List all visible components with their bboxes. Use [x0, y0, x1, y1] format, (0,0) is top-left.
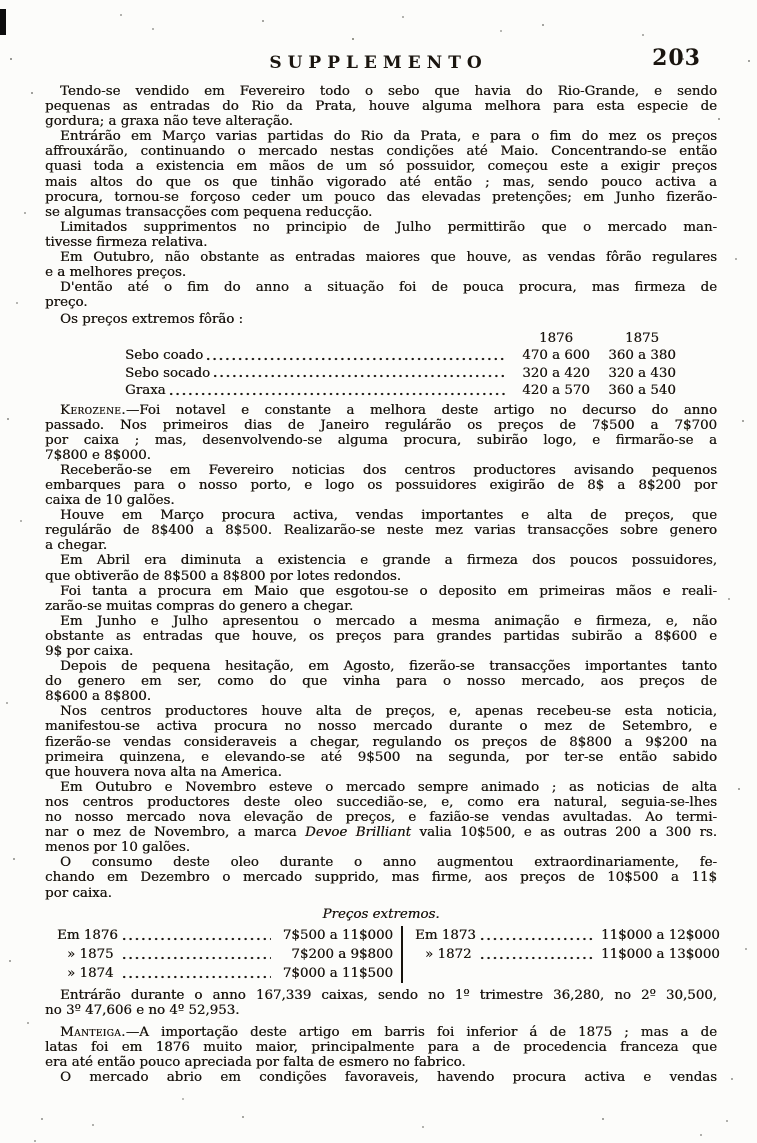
text-line: primeira quinzena, e elevando-se até 9$5…: [45, 750, 717, 765]
text-line: que obtiverão de 8$500 a 8$800 por lotes…: [45, 569, 717, 584]
paragraph: Nos centros productores houve alta de pr…: [45, 704, 717, 779]
table-row: Em 18767$500 a 11$000: [57, 926, 393, 945]
paragraph: Receberão-se em Fevereiro noticias dos c…: [45, 463, 717, 508]
year-header-row: 18761875: [125, 330, 685, 348]
column-divider-rule: [401, 926, 403, 983]
price-range-value: 420 a 570: [513, 382, 599, 400]
price-range-value: 11$000 a 12$000: [601, 926, 717, 945]
price-range-value: 7$000 a 11$500: [277, 964, 393, 983]
text-line: nos centros productores deste oleo succe…: [45, 795, 717, 810]
text-line: Entrárão em Março varias partidas do Rio…: [45, 129, 717, 144]
text-line: D'então até o fim do anno a situação foi…: [45, 280, 717, 295]
paragraph: Kerozene.—Foi notavel e constante a melh…: [45, 403, 717, 463]
text-line: regulárão de 8$400 a 8$500. Realizarão-s…: [45, 523, 717, 538]
extremos-price-table: Em 18767$500 a 11$000» 18757$200 a 9$800…: [57, 926, 717, 983]
text-line: e a melhores preços.: [45, 265, 717, 280]
text-line: chando em Dezembro o mercado supprido, m…: [45, 870, 717, 885]
italic-brand-name: Devoe Brilliant: [305, 825, 411, 840]
text-line: nar o mez de Novembro, a marca Devoe Bri…: [45, 825, 717, 840]
text-segment: nar o mez de Novembro, a marca: [45, 825, 305, 840]
scan-noise-speckles: [0, 0, 2, 2]
text-line: pequenas as entradas do Rio da Prata, ho…: [45, 99, 717, 114]
row-label: Sebo socado: [125, 365, 210, 383]
text-line: tivesse firmeza relativa.: [45, 235, 717, 250]
dot-leader: [121, 964, 271, 983]
row-label: Sebo coado: [125, 347, 203, 365]
text-line: Houve em Março procura activa, vendas im…: [45, 508, 717, 523]
dot-leader: [121, 926, 271, 945]
text-line: affrouxárão, continuando o mercado nesta…: [45, 144, 717, 159]
paragraph: O mercado abrio em condições favoraveis,…: [45, 1070, 717, 1085]
page-content: Tendo-se vendido em Fevereiro todo o seb…: [45, 84, 717, 1085]
text-line: embarques para o nosso porto, e logo os …: [45, 478, 717, 493]
price-range-value: 7$200 a 9$800: [277, 945, 393, 964]
year-label: » 1872: [415, 945, 477, 964]
text-line: Limitados supprimentos no principio de J…: [45, 220, 717, 235]
text-line: obstante as entradas que houve, os preço…: [45, 629, 717, 644]
paragraph: Em Outubro, não obstante as entradas mai…: [45, 250, 717, 280]
text-line: O consumo deste oleo durante o anno augm…: [45, 855, 717, 870]
text-line: Em Outubro, não obstante as entradas mai…: [45, 250, 717, 265]
paragraph: Houve em Março procura activa, vendas im…: [45, 508, 717, 553]
table-row: Sebo coado470 a 600360 a 380: [125, 347, 685, 365]
page-title: SUPPLEMENTO: [0, 53, 757, 73]
text-line: Tendo-se vendido em Fevereiro todo o seb…: [45, 84, 717, 99]
price-range-value: 7$500 a 11$000: [277, 926, 393, 945]
text-segment: —A importação deste artigo em barris foi…: [126, 1025, 717, 1040]
table-row: Graxa420 a 570360 a 540: [125, 382, 685, 400]
text-line: menos por 10 galões.: [45, 840, 717, 855]
year-column-header: 1876: [513, 330, 599, 348]
price-range-value: 360 a 380: [599, 347, 685, 365]
text-line: manifestou-se activa procura no nosso me…: [45, 719, 717, 734]
text-line: zarão-se muitas compras do genero a cheg…: [45, 599, 717, 614]
dot-leader: [479, 945, 595, 964]
text-line: Depois de pequena hesitação, em Agosto, …: [45, 659, 717, 674]
paragraph: Entrárão durante o anno 167,339 caixas, …: [45, 988, 717, 1018]
year-label: » 1874: [57, 964, 119, 983]
text-line: O mercado abrio em condições favoraveis,…: [45, 1070, 717, 1085]
dot-leader: [212, 365, 507, 383]
paragraph: Foi tanta a procura em Maio que esgotou-…: [45, 584, 717, 614]
text-line: Os preços extremos fôrão :: [45, 312, 717, 327]
scanned-document-page: SUPPLEMENTO 203 Tendo-se vendido em Feve…: [0, 0, 757, 1143]
price-range-value: 11$000 a 13$000: [601, 945, 717, 964]
text-line: quasi toda a existencia em mãos de um só…: [45, 159, 717, 174]
precos-extremos-heading: Preços extremos.: [45, 906, 717, 923]
price-range-value: 360 a 540: [599, 382, 685, 400]
year-label: Em 1873: [415, 926, 477, 945]
table-row: Sebo socado320 a 420320 a 430: [125, 365, 685, 383]
text-line: 9$ por caixa.: [45, 644, 717, 659]
price-range-value: 320 a 420: [513, 365, 599, 383]
text-line: mais altos do que os que tinhão vigorado…: [45, 175, 717, 190]
small-caps-term: Manteiga.: [60, 1025, 126, 1040]
text-line: era até então pouco apreciada por falta …: [45, 1055, 717, 1070]
extremos-left-column: Em 18767$500 a 11$000» 18757$200 a 9$800…: [57, 926, 393, 983]
text-line: a chegar.: [45, 538, 717, 553]
paragraph: D'então até o fim do anno a situação foi…: [45, 280, 717, 310]
text-line: Receberão-se em Fevereiro noticias dos c…: [45, 463, 717, 478]
text-line: 7$800 e 8$000.: [45, 448, 717, 463]
text-segment: —Foi notavel e constante a melhora deste…: [126, 403, 717, 418]
text-line: por caixa.: [45, 886, 717, 901]
table-row: » 18757$200 a 9$800: [57, 945, 393, 964]
paragraph: Depois de pequena hesitação, em Agosto, …: [45, 659, 717, 704]
text-line: Entrárão durante o anno 167,339 caixas, …: [45, 988, 717, 1003]
text-line: 8$600 a 8$800.: [45, 689, 717, 704]
text-line: procura, tornou-se forçoso ceder um pouc…: [45, 190, 717, 205]
paragraph: Tendo-se vendido em Fevereiro todo o seb…: [45, 84, 717, 129]
table-row: » 18747$000 a 11$500: [57, 964, 393, 983]
year-label: » 1875: [57, 945, 119, 964]
paragraph: O consumo deste oleo durante o anno augm…: [45, 855, 717, 900]
text-line: no nosso mercado nova elevação de preços…: [45, 810, 717, 825]
text-line: Manteiga.—A importação deste artigo em b…: [45, 1025, 717, 1040]
text-line: Em Junho e Julho apresentou o mercado a …: [45, 614, 717, 629]
paragraph: Em Outubro e Novembro esteve o mercado s…: [45, 780, 717, 855]
paragraph: Manteiga.—A importação deste artigo em b…: [45, 1025, 717, 1070]
paragraph: Em Abril era diminuta a existencia e gra…: [45, 553, 717, 583]
text-line: Nos centros productores houve alta de pr…: [45, 704, 717, 719]
dot-leader: [121, 945, 271, 964]
text-line: Em Outubro e Novembro esteve o mercado s…: [45, 780, 717, 795]
text-line: que houvera nova alta na America.: [45, 765, 717, 780]
year-column-header: 1875: [599, 330, 685, 348]
text-line: do genero em ser, como do que vinha para…: [45, 674, 717, 689]
text-line: Foi tanta a procura em Maio que esgotou-…: [45, 584, 717, 599]
page-number: 203: [652, 45, 701, 71]
text-segment: valia 10$500, e as outras 200 a 300 rs.: [411, 825, 717, 840]
text-line: preço.: [45, 295, 717, 310]
price-range-value: 320 a 430: [599, 365, 685, 383]
text-line: se algumas transacções com pequena reduc…: [45, 205, 717, 220]
dot-leader: [479, 926, 595, 945]
small-caps-term: Kerozene.: [60, 403, 126, 418]
scan-artifact-mark: [0, 9, 6, 35]
scan-noise-speckles: [0, 0, 2, 2]
price-range-value: 470 a 600: [513, 347, 599, 365]
paragraph: Os preços extremos fôrão :: [45, 312, 717, 327]
extremos-right-column: Em 187311$000 a 12$000» 187211$000 a 13$…: [415, 926, 717, 983]
paragraph: Entrárão em Março varias partidas do Rio…: [45, 129, 717, 220]
sebo-price-table: 18761875Sebo coado470 a 600360 a 380Sebo…: [125, 330, 685, 400]
text-line: passado. Nos primeiros dias de Janeiro r…: [45, 418, 717, 433]
paragraph: Limitados supprimentos no principio de J…: [45, 220, 717, 250]
text-line: por caixa ; mas, desenvolvendo-se alguma…: [45, 433, 717, 448]
text-line: latas foi em 1876 muito maior, principal…: [45, 1040, 717, 1055]
dot-leader: [168, 382, 507, 400]
text-line: Em Abril era diminuta a existencia e gra…: [45, 553, 717, 568]
header-spacer: [125, 330, 513, 348]
text-line: Kerozene.—Foi notavel e constante a melh…: [45, 403, 717, 418]
text-line: no 3º 47,606 e no 4º 52,953.: [45, 1003, 717, 1018]
text-line: fizerão-se vendas consideraveis a chegar…: [45, 735, 717, 750]
table-row: Em 187311$000 a 12$000: [415, 926, 717, 945]
text-line: gordura; a graxa não teve alteração.: [45, 114, 717, 129]
paragraph: Em Junho e Julho apresentou o mercado a …: [45, 614, 717, 659]
table-row: » 187211$000 a 13$000: [415, 945, 717, 964]
dot-leader: [205, 347, 507, 365]
row-label: Graxa: [125, 382, 166, 400]
year-label: Em 1876: [57, 926, 119, 945]
text-line: caixa de 10 galões.: [45, 493, 717, 508]
